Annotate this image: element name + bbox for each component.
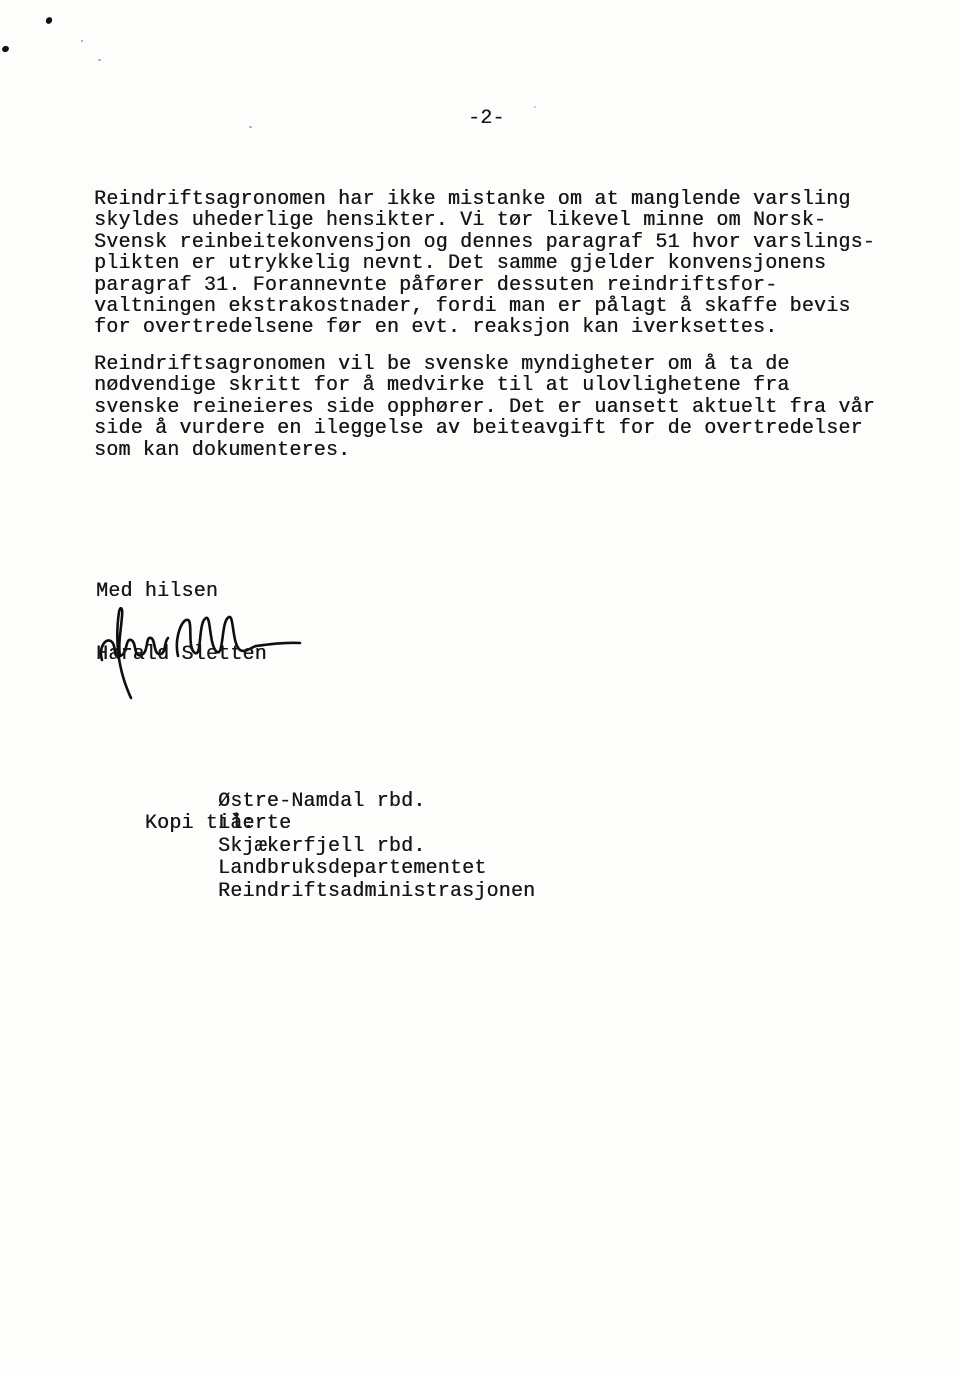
ink-speck bbox=[249, 126, 252, 128]
copy-distribution-list: Kopi til: Østre-Namdal rbd. Låerte Skjæk… bbox=[96, 791, 255, 881]
page-number: -2- bbox=[468, 108, 505, 129]
body-paragraph-1: Reindriftsagronomen har ikke mistanke om… bbox=[94, 189, 875, 339]
ink-speck bbox=[1, 45, 10, 53]
ink-speck bbox=[534, 106, 536, 108]
scanned-letter-page: -2- Reindriftsagronomen har ikke mistank… bbox=[0, 0, 960, 1375]
ink-speck bbox=[45, 16, 54, 25]
ink-speck bbox=[81, 40, 83, 42]
body-paragraph-2: Reindriftsagronomen vil be svenske myndi… bbox=[94, 354, 875, 461]
ink-speck bbox=[98, 59, 101, 61]
signatory-name: Harald Sletten bbox=[96, 644, 267, 665]
copy-recipients: Østre-Namdal rbd. Låerte Skjækerfjell rb… bbox=[218, 791, 535, 903]
